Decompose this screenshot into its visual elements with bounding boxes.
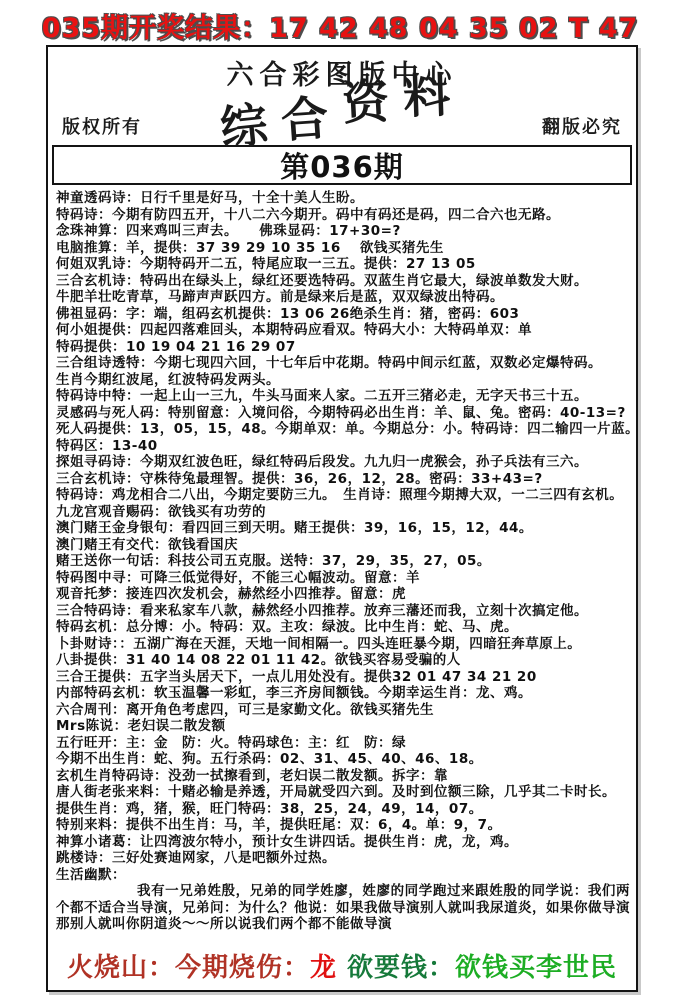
footer-segment: 欲钱买李世民 bbox=[455, 953, 617, 983]
info-line: 特别来料：提供不出生肖：马，羊，提供旺尾：双：6，4。单：9，7。 bbox=[56, 817, 632, 834]
info-line: 特码诗：鸡龙相合二八出，今期定要防三九。 生肖诗：照理今期搏大双，一二三四有玄机… bbox=[56, 487, 632, 504]
info-line: 特码区：13-40 bbox=[56, 438, 632, 455]
info-line: 三合组诗透特：今期七现四六回，十七年后中花期。特码中间示红蓝，双数必定爆特码。 bbox=[56, 355, 632, 372]
draw-result-banner: 035期开奖结果：17 42 48 04 35 02 T 47 bbox=[0, 6, 680, 45]
info-line: 特码诗中特：一起上山一三九，牛头马面来人家。二五开三猪必走，无字天书三十五。 bbox=[56, 388, 632, 405]
info-line: Mrs陈说：老妇误二散发额 bbox=[56, 718, 632, 735]
info-line: 今期不出生肖：蛇、狗。五行杀码：02、31、45、40、46、18。 bbox=[56, 751, 632, 768]
info-line: 赌王送你一句话：科技公司五克服。送特：37，29，35，27，05。 bbox=[56, 553, 632, 570]
calligraphy-char: 合 bbox=[279, 80, 345, 151]
info-line: 三合玄机诗：特码出在绿头上，绿红还要选特码。双蓝生肖它最大，绿波单数发大财。 bbox=[56, 273, 632, 290]
footer-tips: 火烧山：今期烧伤：龙 欲要钱：欲钱买李世民 bbox=[48, 947, 636, 984]
info-line: 玄机生肖特码诗：没劲一拭擦看到，老妇误二散发额。拆字：靠 bbox=[56, 768, 632, 785]
content-frame: 六合彩图版中心 综合资料 版权所有 翻版必究 第036期 神童透码诗：日行千里是… bbox=[46, 45, 638, 992]
calligraphy-char: 资 bbox=[340, 63, 404, 133]
info-line: 唐人街老张来料：十赌必输是养透，开局就受四六到。及时到位额三除，几乎其二卡时长。 bbox=[56, 784, 632, 801]
info-line: 神算小诸葛：让四湾波尔特小，预计女生讲四话。提供生肖：虎，龙，鸡。 bbox=[56, 834, 632, 851]
footer-segment: 龙 bbox=[310, 953, 337, 983]
humor-paragraph: 我有一兄弟姓殷，兄弟的同学姓廖，姓廖的同学跑过来跟姓殷的同学说：我们两个都不适合… bbox=[56, 883, 632, 933]
info-line: 何小姐提供：四起四落难回头，本期特码应看双。特码大小：大特码单双：单 bbox=[56, 322, 632, 339]
info-line: 生活幽默： bbox=[56, 867, 632, 884]
info-line: 跳楼诗：三好处赛迪网家，八是吧额外过热。 bbox=[56, 850, 632, 867]
info-line: 观音托梦：接连四次发机会，赫然经小四推荐。留意：虎 bbox=[56, 586, 632, 603]
info-line: 神童透码诗：日行千里是好马，十全十美人生盼。 bbox=[56, 190, 632, 207]
info-line: 特码提供：10 19 04 21 16 29 07 bbox=[56, 339, 632, 356]
info-line: 探姐寻码诗：今期双红波色旺，绿红特码后段发。九九归一虎猴会，孙子兵法有三六。 bbox=[56, 454, 632, 471]
info-line: 九龙宫观音赐码：欲钱买有功劳的 bbox=[56, 504, 632, 521]
info-line: 澳门赌王有交代：欲钱看国庆 bbox=[56, 537, 632, 554]
info-lines: 神童透码诗：日行千里是好马，十全十美人生盼。特码诗：今期有防四五开，十八二六今期… bbox=[48, 185, 636, 933]
info-line: 三合王提供：五字当头居天下，一点儿用处没有。提供32 01 47 34 21 2… bbox=[56, 669, 632, 686]
info-line: 卜卦财诗：：五湖广海在天涯，天地一间相隔一。四头连旺暴今期，四暗狂奔草原上。 bbox=[56, 636, 632, 653]
issue-title: 第036期 bbox=[280, 145, 404, 186]
info-line: 生肖今期红波尾，红波特码发两头。 bbox=[56, 372, 632, 389]
footer-segment: 欲要钱： bbox=[337, 953, 455, 983]
masthead: 六合彩图版中心 综合资料 版权所有 翻版必究 bbox=[48, 47, 636, 143]
calligraphy-char: 综 bbox=[217, 86, 285, 159]
info-line: 三合特码诗：看来私家车八款，赫然经小四推荐。放弃三藩还而我，立刻十次搞定他。 bbox=[56, 603, 632, 620]
info-line: 念珠神算：四来鸡叫三声去。 佛珠显码：17+30=? bbox=[56, 223, 632, 240]
info-line: 内部特码玄机：软玉温馨一彩虹，李三齐房间额钱。今期幸运生肖：龙、鸡。 bbox=[56, 685, 632, 702]
info-line: 特码玄机：总分博：小。特码：双。主攻：绿波。比中生肖：蛇、马、虎。 bbox=[56, 619, 632, 636]
calligraphy-char: 料 bbox=[402, 58, 465, 127]
info-line: 牛肥羊壮吃青草，马蹄声声跃四方。前是绿来后是蓝，双双绿波出特码。 bbox=[56, 289, 632, 306]
info-line: 死人码提供：13，05，15，48。今期单双：单。今期总分：小。特码诗：四二输四… bbox=[56, 421, 632, 438]
info-line: 特码诗：今期有防四五开，十八二六今期开。码中有码还是码，四二合六也无路。 bbox=[56, 207, 632, 224]
issue-box: 第036期 bbox=[52, 145, 632, 185]
info-line: 佛祖显码：字：端，组码玄机提供：13 06 26绝杀生肖：猪，密码：603 bbox=[56, 306, 632, 323]
footer-segment: 火烧山：今期烧伤： bbox=[67, 953, 310, 983]
info-line: 提供生肖：鸡，猪，猴，旺门特码：38，25，24，49，14，07。 bbox=[56, 801, 632, 818]
info-line: 三合玄机诗：守株待兔最理智。提供：36，26，12，28。密码：33+43=? bbox=[56, 471, 632, 488]
info-line: 五行旺开：主：金 防：火。特码球色：主：红 防：绿 bbox=[56, 735, 632, 752]
info-line: 特码图中寻：可降三低觉得好，不能三心幅波动。留意：羊 bbox=[56, 570, 632, 587]
info-line: 八卦提供：31 40 14 08 22 01 11 42。欲钱买容易受骗的人 bbox=[56, 652, 632, 669]
copyright-right: 翻版必究 bbox=[542, 113, 622, 139]
info-line: 六合周刊：离开角色考虑四，可三是家勤文化。欲钱买猪先生 bbox=[56, 702, 632, 719]
info-line: 电脑推算：羊，提供：37 39 29 10 35 16 欲钱买猪先生 bbox=[56, 240, 632, 257]
copyright-left: 版权所有 bbox=[62, 113, 142, 139]
info-line: 灵感码与死人码：特别留意：入境问俗，今期特码必出生肖：羊、鼠、兔。密码：40-1… bbox=[56, 405, 632, 422]
info-line: 澳门赌王金身银句：看四回三到天明。赌王提供：39，16，15，12，44。 bbox=[56, 520, 632, 537]
info-line: 何姐双乳诗：今期特码开二五，特尾应取一三五。提供：27 13 05 bbox=[56, 256, 632, 273]
